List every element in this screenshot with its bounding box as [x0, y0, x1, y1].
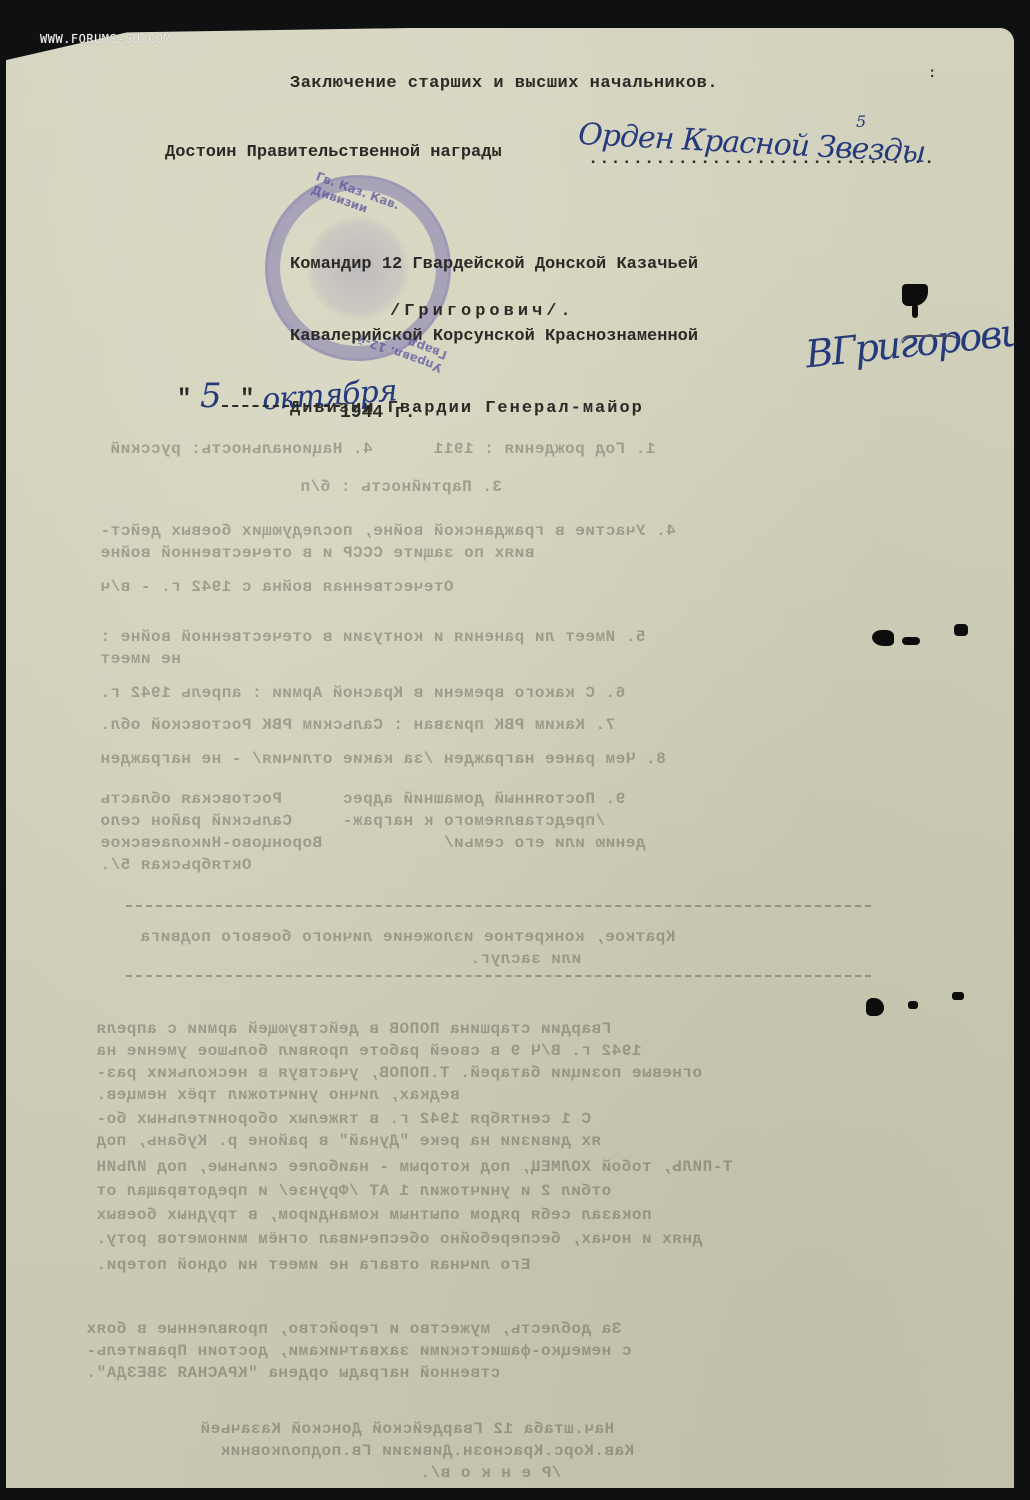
bleed-item: Отечественная война с 1942 г. - в/ч — [100, 578, 484, 596]
bleed-narrative: ях дивизии на реке "Дунай" в районе р. К… — [96, 1132, 601, 1150]
bleed-item: 9. Постоянный домашний адрес Ростовская … — [100, 790, 625, 808]
paper-damage-hole — [912, 304, 918, 318]
bleed-narrative: 1942 г. В/Ч 9 в своей работе проявил бол… — [96, 1042, 641, 1060]
bleed-item: Октябрьская 5/. — [100, 856, 605, 874]
commander-line: Командир 12 Гвардейской Донской Казачьей — [290, 253, 698, 277]
bleed-item: 3. Партийность : б/п — [300, 478, 502, 496]
bleed-item: 7. Каким РВК призван : Сальским РВК Рост… — [100, 716, 615, 734]
date-quote-close: " — [240, 386, 254, 413]
bleed-item: 1. Год рождения : 1911 4. Национальность… — [110, 440, 655, 458]
commander-name: /Григорович/. — [390, 302, 575, 321]
bleed-item: не имеет — [100, 650, 211, 668]
bleed-section-header: Краткое, конкретное изложение личного бо… — [140, 928, 675, 946]
bleed-signoff: Нач.штаба 12 Гвардейской Донской Казачье… — [200, 1420, 614, 1438]
bleed-divider — [126, 975, 871, 977]
date-underline — [222, 405, 340, 407]
bleed-narrative: С 1 сентября 1942 г. в тяжелых обороните… — [96, 1110, 591, 1128]
watermark: WWW.FORUMS-SU.COM — [40, 32, 171, 46]
punch-hole — [908, 1001, 918, 1009]
bleed-narrative: огневые позиции батарей. Т.ПОПОВ, участв… — [96, 1064, 702, 1082]
punch-hole — [872, 630, 894, 646]
bleed-signoff: /Р е н к о в/. — [420, 1464, 561, 1482]
bleed-narrative: ведках, лично уничтожил трёх немцев. — [96, 1086, 460, 1104]
bleed-item: дению или его семьи/ Воронцово-Николаевс… — [100, 834, 676, 852]
bleed-signoff: Кав.Корс.Краснозн.Дивизии Гв.подполковни… — [220, 1442, 634, 1460]
scan-border-right — [1014, 0, 1030, 1500]
document-title: Заключение старших и высших начальников. — [290, 74, 718, 93]
bleed-narrative: Гвардии старшина ПОПОВ в действующей арм… — [96, 1020, 611, 1038]
scan-border-bottom — [0, 1488, 1030, 1500]
bleed-conclusion: За доблесть, мужество и геройство, прояв… — [86, 1320, 621, 1338]
bleed-item: 4. Участие в гражданской войне, последую… — [100, 522, 676, 540]
signature-flourish — [900, 335, 960, 345]
bleed-item: 5. Имеет ли ранения и контузии в отечест… — [100, 628, 645, 646]
date-quote-open: " — [177, 386, 191, 413]
punch-hole — [952, 992, 964, 1000]
bleed-divider — [126, 905, 871, 907]
bleed-narrative: Т-ПИЛЬ, тобой ХОЛМЕЦ, под которым - наиб… — [96, 1158, 732, 1176]
bleed-narrative: Его личная отвага не имеет ни одной поте… — [96, 1256, 530, 1274]
bleed-conclusion: с немецко-фашистскими захватчиками, дост… — [86, 1342, 631, 1360]
bleed-narrative: отбил 2 и уничтожил 1 АТ /Фрунзе/ и пред… — [96, 1182, 611, 1200]
bleed-section-header: или заслуг. — [470, 950, 581, 968]
bleed-item: /представляемого к награж- Сальский райо… — [100, 812, 635, 830]
punch-hole — [866, 998, 884, 1016]
bleed-conclusion: ственной награды ордена "КРАСНАЯ ЗВЕЗДА"… — [86, 1364, 500, 1382]
bleed-item: 6. С какого времени в Красной Армии : ап… — [100, 684, 625, 702]
bleed-narrative: днях и ночах, бесперебойно обеспечивал о… — [96, 1230, 702, 1248]
bleed-item: 8. Чем ранее награжден /за какие отличия… — [100, 750, 666, 768]
bleed-narrative: показал себя рядом опытным командиром, в… — [96, 1206, 652, 1224]
punch-hole — [954, 624, 968, 636]
commander-line: Кавалерийской Корсунской Краснознаменной — [290, 325, 698, 349]
award-label: Достоин Правительственной награды — [165, 143, 502, 162]
date-day: 5 — [200, 376, 222, 416]
award-superscript: 5 — [856, 112, 866, 131]
margin-mark: : — [928, 66, 936, 82]
bleed-item: виях по защите СССР и в отечественной во… — [100, 544, 565, 562]
punch-hole — [902, 637, 920, 645]
date-year: 1944 г. — [340, 403, 416, 423]
